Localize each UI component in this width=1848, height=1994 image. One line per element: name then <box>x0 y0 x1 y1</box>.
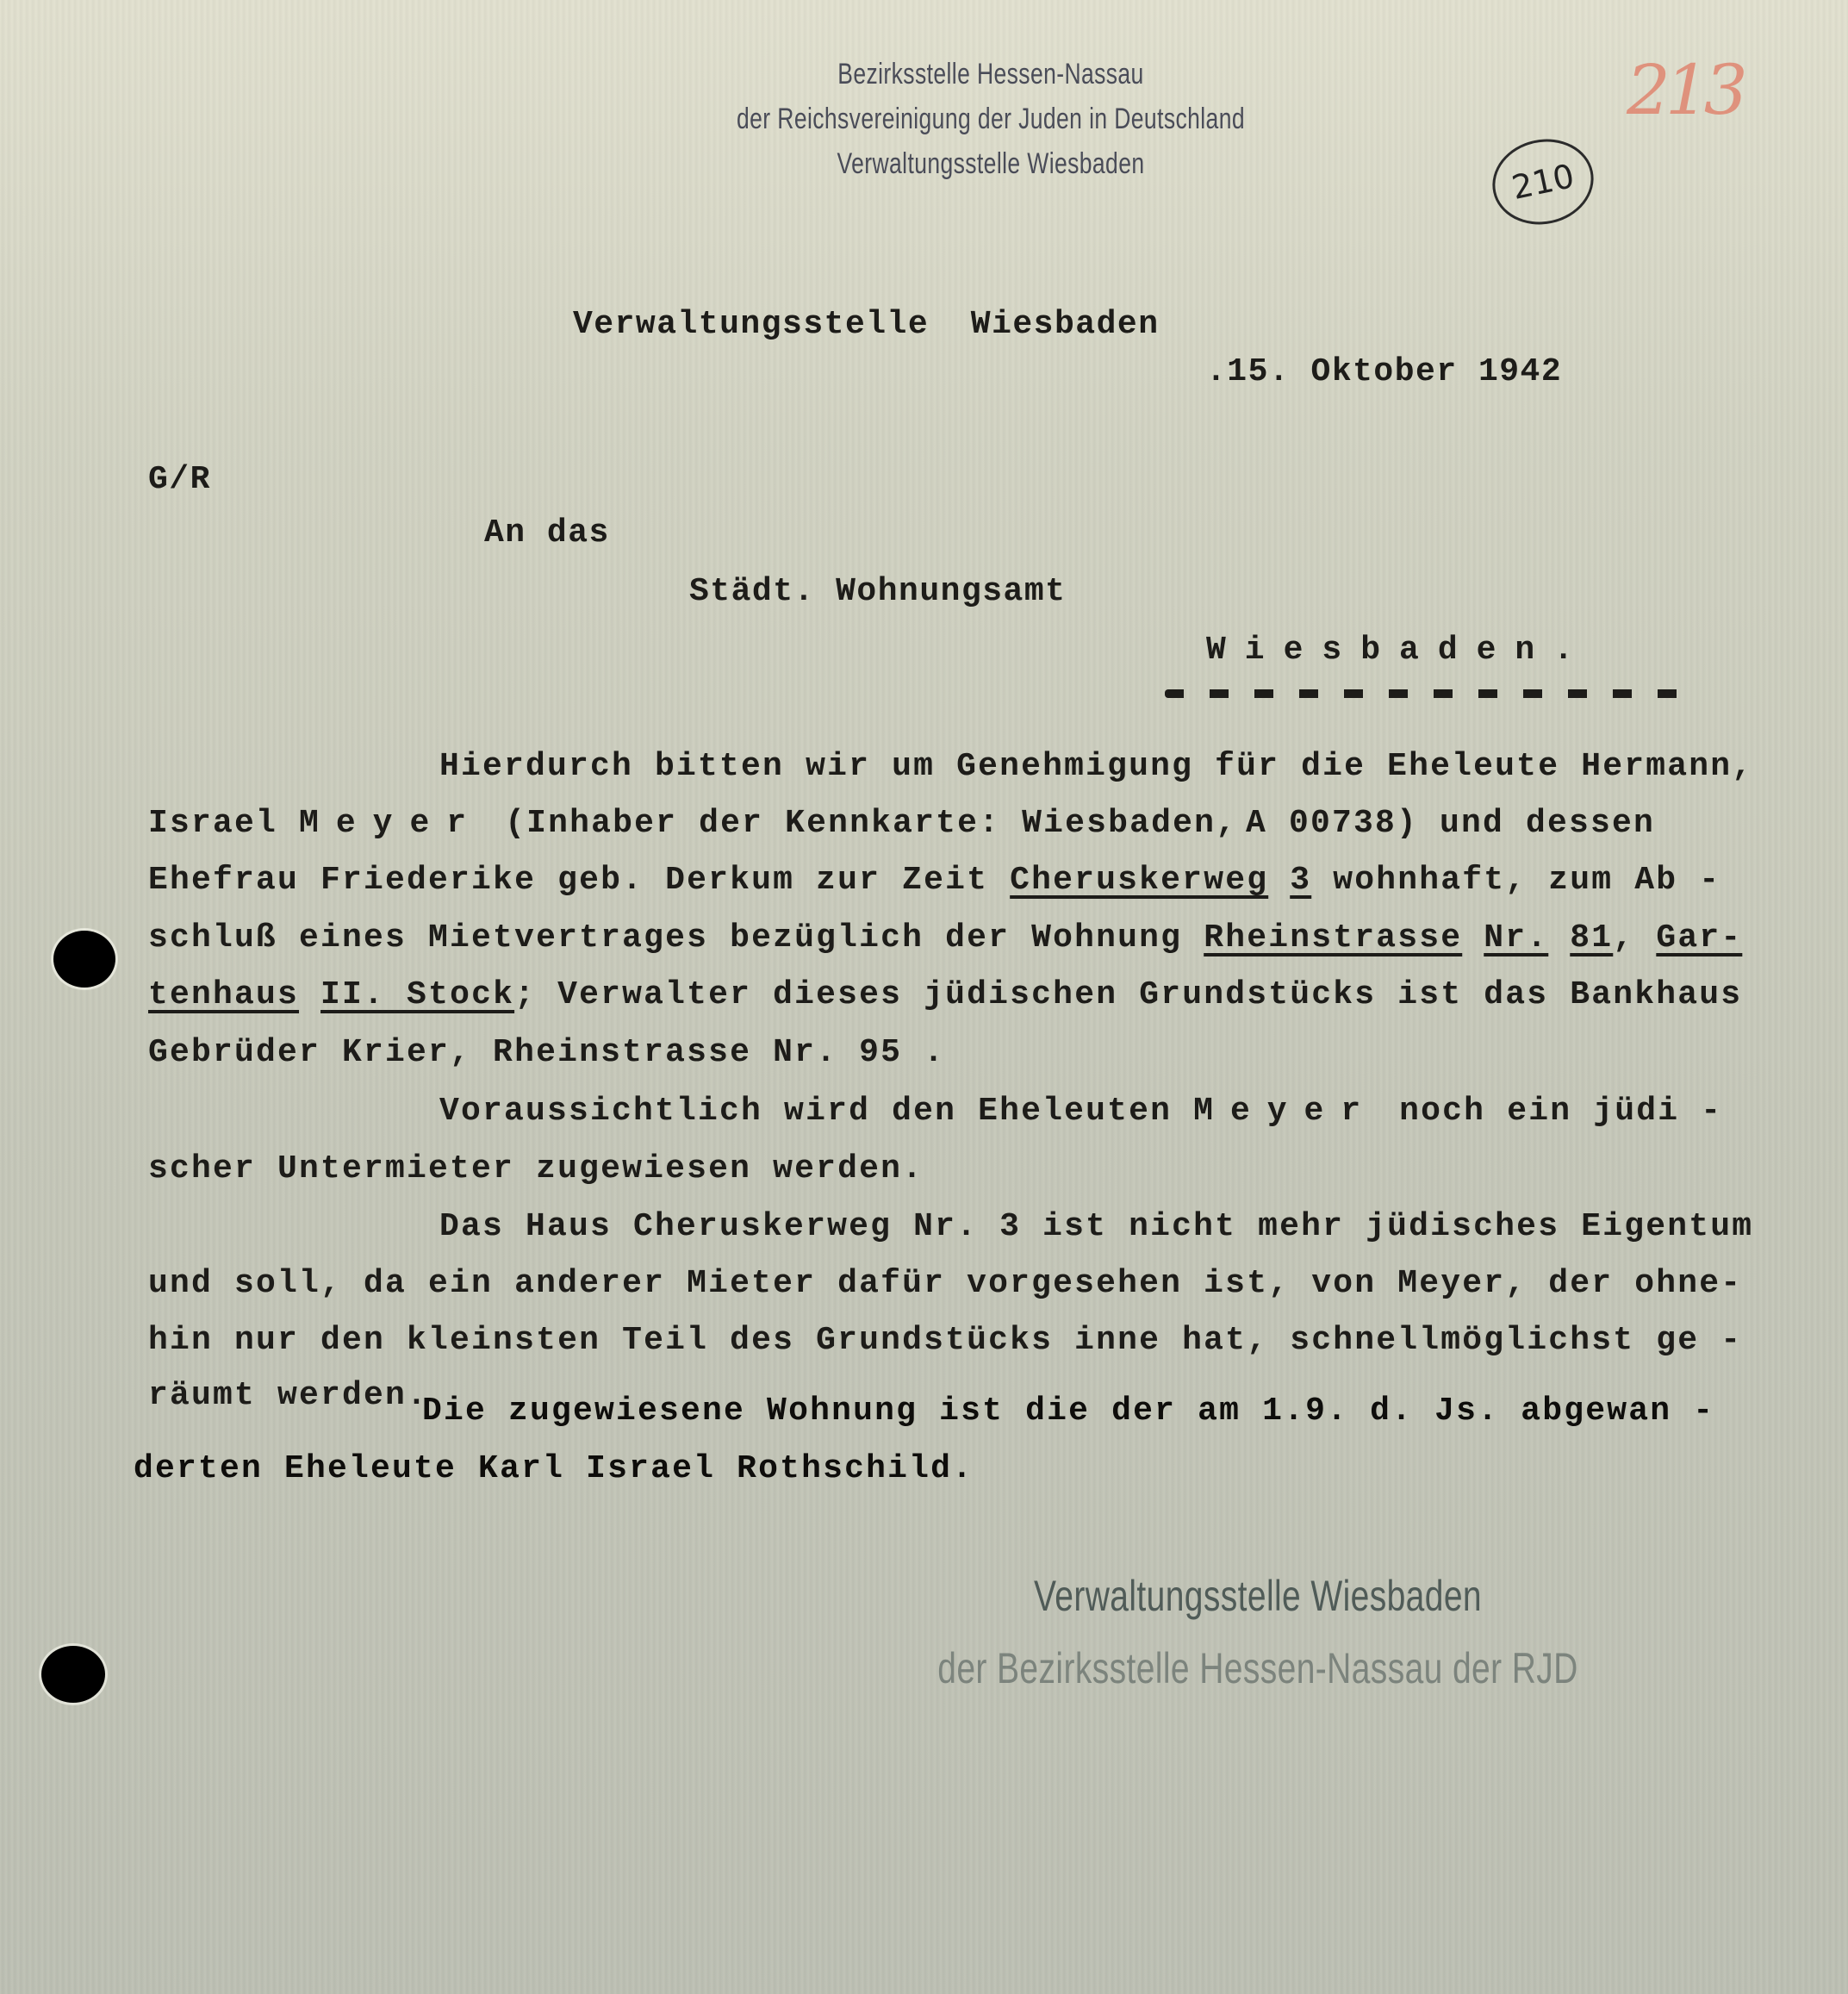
recipient-city: Wiesbaden. <box>1206 632 1592 669</box>
body-p1-line-5: tenhaus II. Stock; Verwalter dieses jüdi… <box>148 976 1742 1013</box>
sender-line: Verwaltungsstelle Wiesbaden <box>573 306 1160 343</box>
name-meyer: Meyer <box>299 805 483 842</box>
archive-page-number: 213 <box>1627 50 1743 130</box>
body-p1-line-2: Israel Meyer (Inhaber der Kennkarte: Wie… <box>148 805 1655 842</box>
punch-hole-icon <box>41 1646 105 1703</box>
body-p3-line-3: hin nur den kleinsten Teil des Grundstüc… <box>148 1322 1742 1359</box>
body-p3-line-4a: räumt werden. <box>148 1377 428 1414</box>
underlined-gartenhaus-part: tenhaus <box>148 976 299 1013</box>
signature-stamp-line-2: der Bezirksstelle Hessen-Nassau der RJD <box>855 1632 1661 1704</box>
text <box>1268 862 1290 899</box>
letter-date: .15. Oktober 1942 <box>1206 353 1562 390</box>
underlined-street: Rheinstrasse <box>1204 919 1462 956</box>
letterhead-line-1: Bezirksstelle Hessen-Nassau <box>702 52 1280 97</box>
underlined-gartenhaus-part: Gar- <box>1656 919 1742 956</box>
letterhead-line-3: Verwaltungsstelle Wiesbaden <box>702 141 1280 186</box>
signature-stamp: Verwaltungsstelle Wiesbaden der Bezirkss… <box>855 1560 1661 1704</box>
body-p1-line-4: schluß eines Mietvertrages bezüglich der… <box>148 919 1742 956</box>
circled-folio-text: 210 <box>1509 157 1577 207</box>
body-p3-line-4b: Die zugewiesene Wohnung ist die der am 1… <box>422 1393 1714 1430</box>
circled-folio-number: 210 <box>1484 130 1602 234</box>
text: noch ein jüdi - <box>1378 1093 1722 1130</box>
underlined-street: Cheruskerweg <box>1010 862 1268 899</box>
text: Voraussichtlich wird den Eheleuten <box>439 1093 1193 1130</box>
letterhead-line-2: der Reichsvereinigung der Juden in Deuts… <box>702 97 1280 141</box>
text: Ehefrau Friederike geb. Derkum zur Zeit <box>148 862 1010 899</box>
punch-hole-icon <box>53 931 115 988</box>
letterhead-stamp: Bezirksstelle Hessen-Nassau der Reichsve… <box>702 52 1280 186</box>
text: ; Verwalter dieses jüdischen Grundstücks… <box>514 976 1742 1013</box>
body-p3-line-2: und soll, da ein anderer Mieter dafür vo… <box>148 1265 1742 1302</box>
body-p3-line-5: derten Eheleute Karl Israel Rothschild. <box>134 1450 974 1487</box>
signature-stamp-line-1: Verwaltungsstelle Wiesbaden <box>855 1560 1661 1632</box>
text: (Inhaber der Kennkarte: Wiesbaden, A 007… <box>483 805 1655 842</box>
recipient-line-2: Städt. Wohnungsamt <box>689 573 1066 610</box>
text: wohnhaft, zum Ab - <box>1311 862 1720 899</box>
reference-initials: G/R <box>148 461 211 498</box>
underlined-nr: Nr. <box>1484 919 1548 956</box>
body-p2-line-1: Voraussichtlich wird den Eheleuten Meyer… <box>439 1093 1722 1130</box>
name-meyer: Meyer <box>1193 1093 1378 1130</box>
body-p3-line-1: Das Haus Cheruskerweg Nr. 3 ist nicht me… <box>439 1208 1753 1245</box>
underlined-house-number: 3 <box>1290 862 1311 899</box>
body-p1-line-3: Ehefrau Friederike geb. Derkum zur Zeit … <box>148 862 1720 899</box>
recipient-dashed-underline <box>1165 689 1682 698</box>
text: schluß eines Mietvertrages bezüglich der… <box>148 919 1204 956</box>
recipient-line-1: An das <box>484 514 610 551</box>
underlined-house-number: 81 <box>1570 919 1613 956</box>
body-p1-line-6: Gebrüder Krier, Rheinstrasse Nr. 95 . <box>148 1034 945 1071</box>
body-p1-line-1: Hierdurch bitten wir um Genehmigung für … <box>439 748 1753 785</box>
underlined-floor: II. Stock <box>320 976 514 1013</box>
body-p2-line-2: scher Untermieter zugewiesen werden. <box>148 1150 924 1187</box>
text: Israel <box>148 805 299 842</box>
